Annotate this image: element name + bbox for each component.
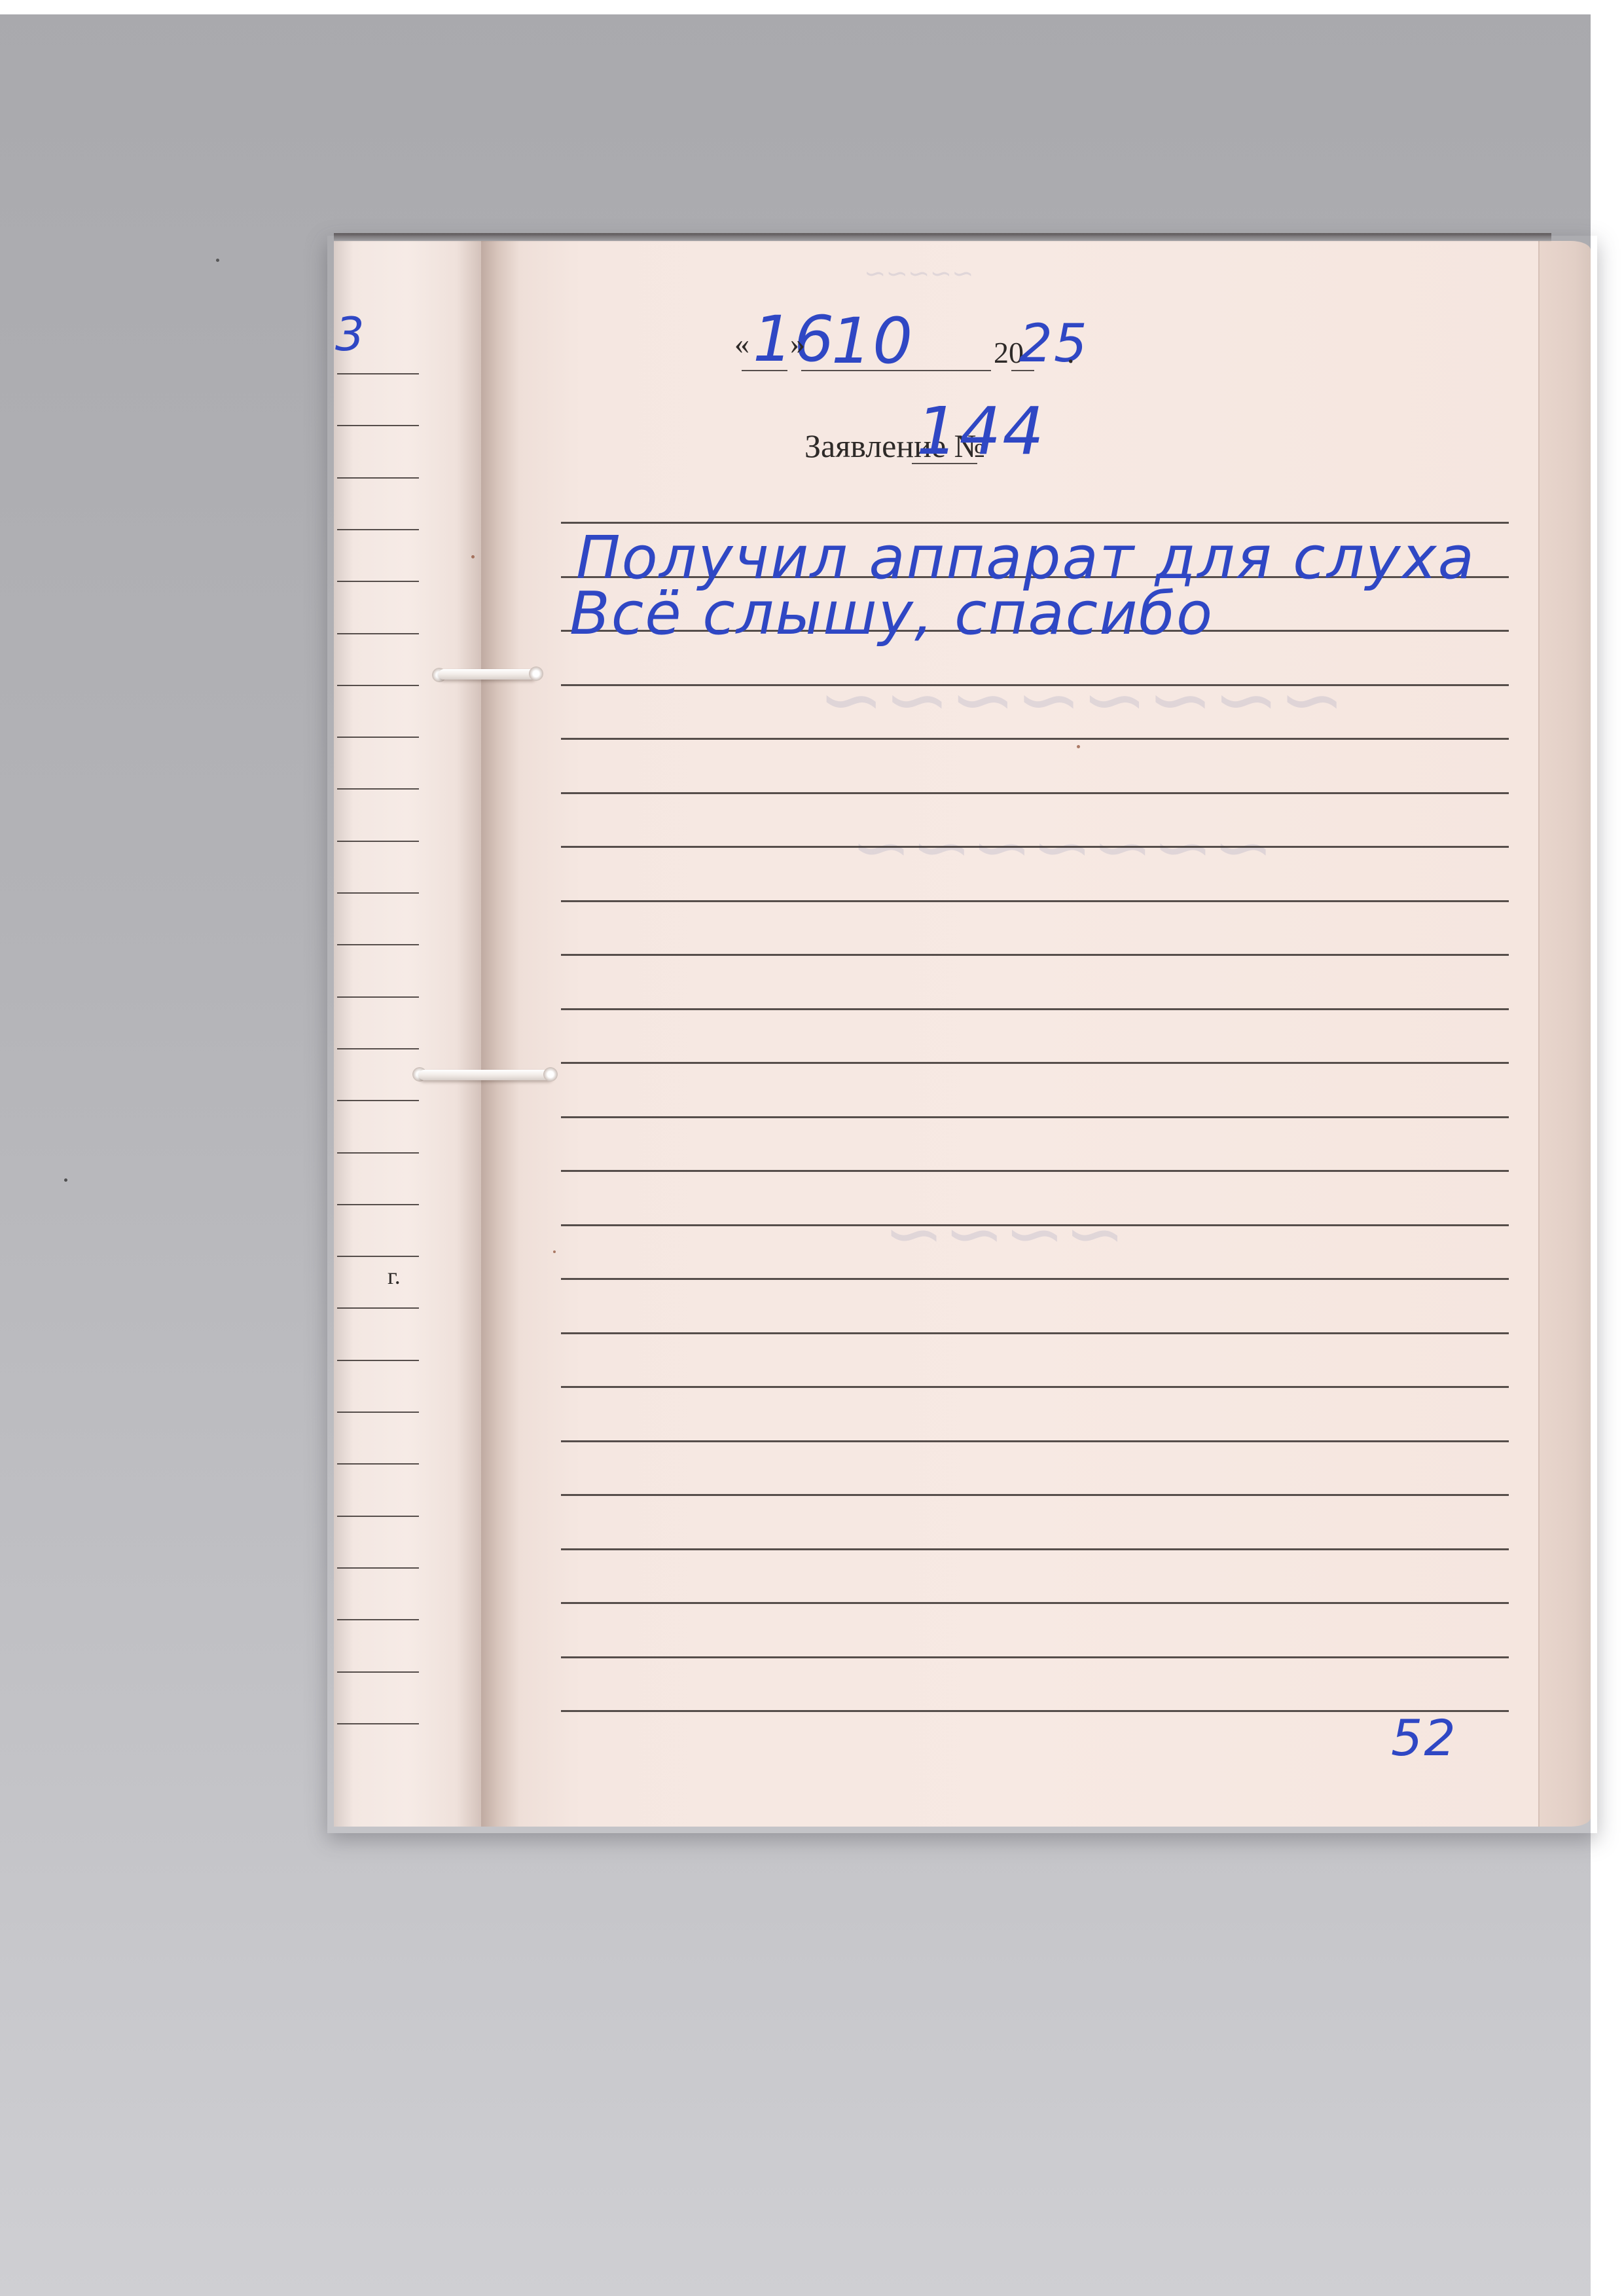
page-edge-stack <box>1538 241 1591 1827</box>
ruled-line <box>337 996 419 998</box>
ruled-line <box>337 633 419 634</box>
handwritten-line-2: Всё слышу, спасибо <box>569 579 1214 648</box>
ruled-line <box>337 581 419 582</box>
ruled-line <box>337 1048 419 1049</box>
scan-border-right <box>1593 0 1624 2296</box>
stitch-hole <box>529 666 543 681</box>
paper-speck <box>1077 745 1080 748</box>
ruled-line <box>561 1710 1509 1712</box>
bleed-through-handwriting: ~~~~ <box>884 1192 1125 1275</box>
ruled-line <box>561 1062 1509 1064</box>
ruled-line <box>561 792 1509 794</box>
ruled-line <box>561 1170 1509 1172</box>
ruled-line <box>561 684 1509 686</box>
year-suffix-printed: . <box>1067 335 1075 370</box>
ruled-line <box>337 1360 419 1361</box>
ruled-line <box>337 737 419 738</box>
ruled-line <box>337 788 419 790</box>
ruled-line <box>561 1656 1509 1658</box>
bleed-through-handwriting: ~~~~~~~~ <box>818 655 1344 746</box>
ruled-line <box>337 529 419 530</box>
ruled-line <box>337 1152 419 1154</box>
ruled-line <box>561 1008 1509 1010</box>
ruled-line <box>337 685 419 686</box>
ruled-line <box>337 944 419 945</box>
paper-speck <box>471 555 475 558</box>
date-open-quote: « <box>734 326 749 361</box>
dust-speck <box>64 1178 67 1182</box>
ruled-line <box>337 841 419 842</box>
ruled-line <box>337 425 419 426</box>
ruled-line <box>337 373 419 374</box>
right-page <box>497 241 1540 1827</box>
ruled-line <box>561 1494 1509 1496</box>
ruled-line <box>561 1278 1509 1280</box>
ruled-line <box>337 1100 419 1101</box>
ruled-line <box>337 1463 419 1465</box>
date-month: 10 <box>831 304 914 378</box>
ruled-line <box>561 1602 1509 1604</box>
ruled-line <box>337 477 419 479</box>
ruled-line <box>561 1224 1509 1226</box>
year-suffix: 25 <box>1019 313 1089 374</box>
page-edge-line <box>1538 241 1540 1827</box>
application-number: 144 <box>916 393 1045 469</box>
ruled-line <box>561 1548 1509 1550</box>
ruled-line <box>561 738 1509 740</box>
ruled-line <box>561 1116 1509 1118</box>
ruled-line <box>561 1332 1509 1334</box>
ruled-line <box>337 1412 419 1413</box>
ruled-line <box>337 1671 419 1673</box>
ruled-line <box>561 846 1509 848</box>
page-number: 52 <box>1391 1709 1457 1767</box>
ruled-line <box>337 1204 419 1205</box>
left-margin-mark: 3 <box>335 308 366 361</box>
ruled-line <box>337 1723 419 1724</box>
scan-border-top <box>0 0 1624 14</box>
ruled-line <box>561 1386 1509 1388</box>
ruled-line <box>337 1256 419 1257</box>
binding-stitch-top <box>439 669 537 680</box>
ruled-line <box>561 1440 1509 1442</box>
left-stub-printed-g: г. <box>388 1262 401 1290</box>
paper-speck <box>553 1250 556 1253</box>
binding-gutter <box>481 241 520 1827</box>
ruled-line <box>337 1516 419 1517</box>
ruled-line <box>337 892 419 894</box>
ruled-line <box>561 954 1509 956</box>
ruled-line <box>337 1619 419 1620</box>
top-edge-shadow <box>334 233 1551 242</box>
left-page-stub <box>334 241 497 1827</box>
ruled-line <box>337 1307 419 1309</box>
dust-speck <box>216 259 219 262</box>
ruled-line <box>337 1567 419 1569</box>
ruled-line <box>561 900 1509 902</box>
date-close-quote: » <box>790 326 805 361</box>
stitch-hole <box>543 1067 558 1082</box>
bleed-through-text: ~~~~~ <box>864 259 974 289</box>
binding-stitch-bottom <box>419 1070 553 1080</box>
